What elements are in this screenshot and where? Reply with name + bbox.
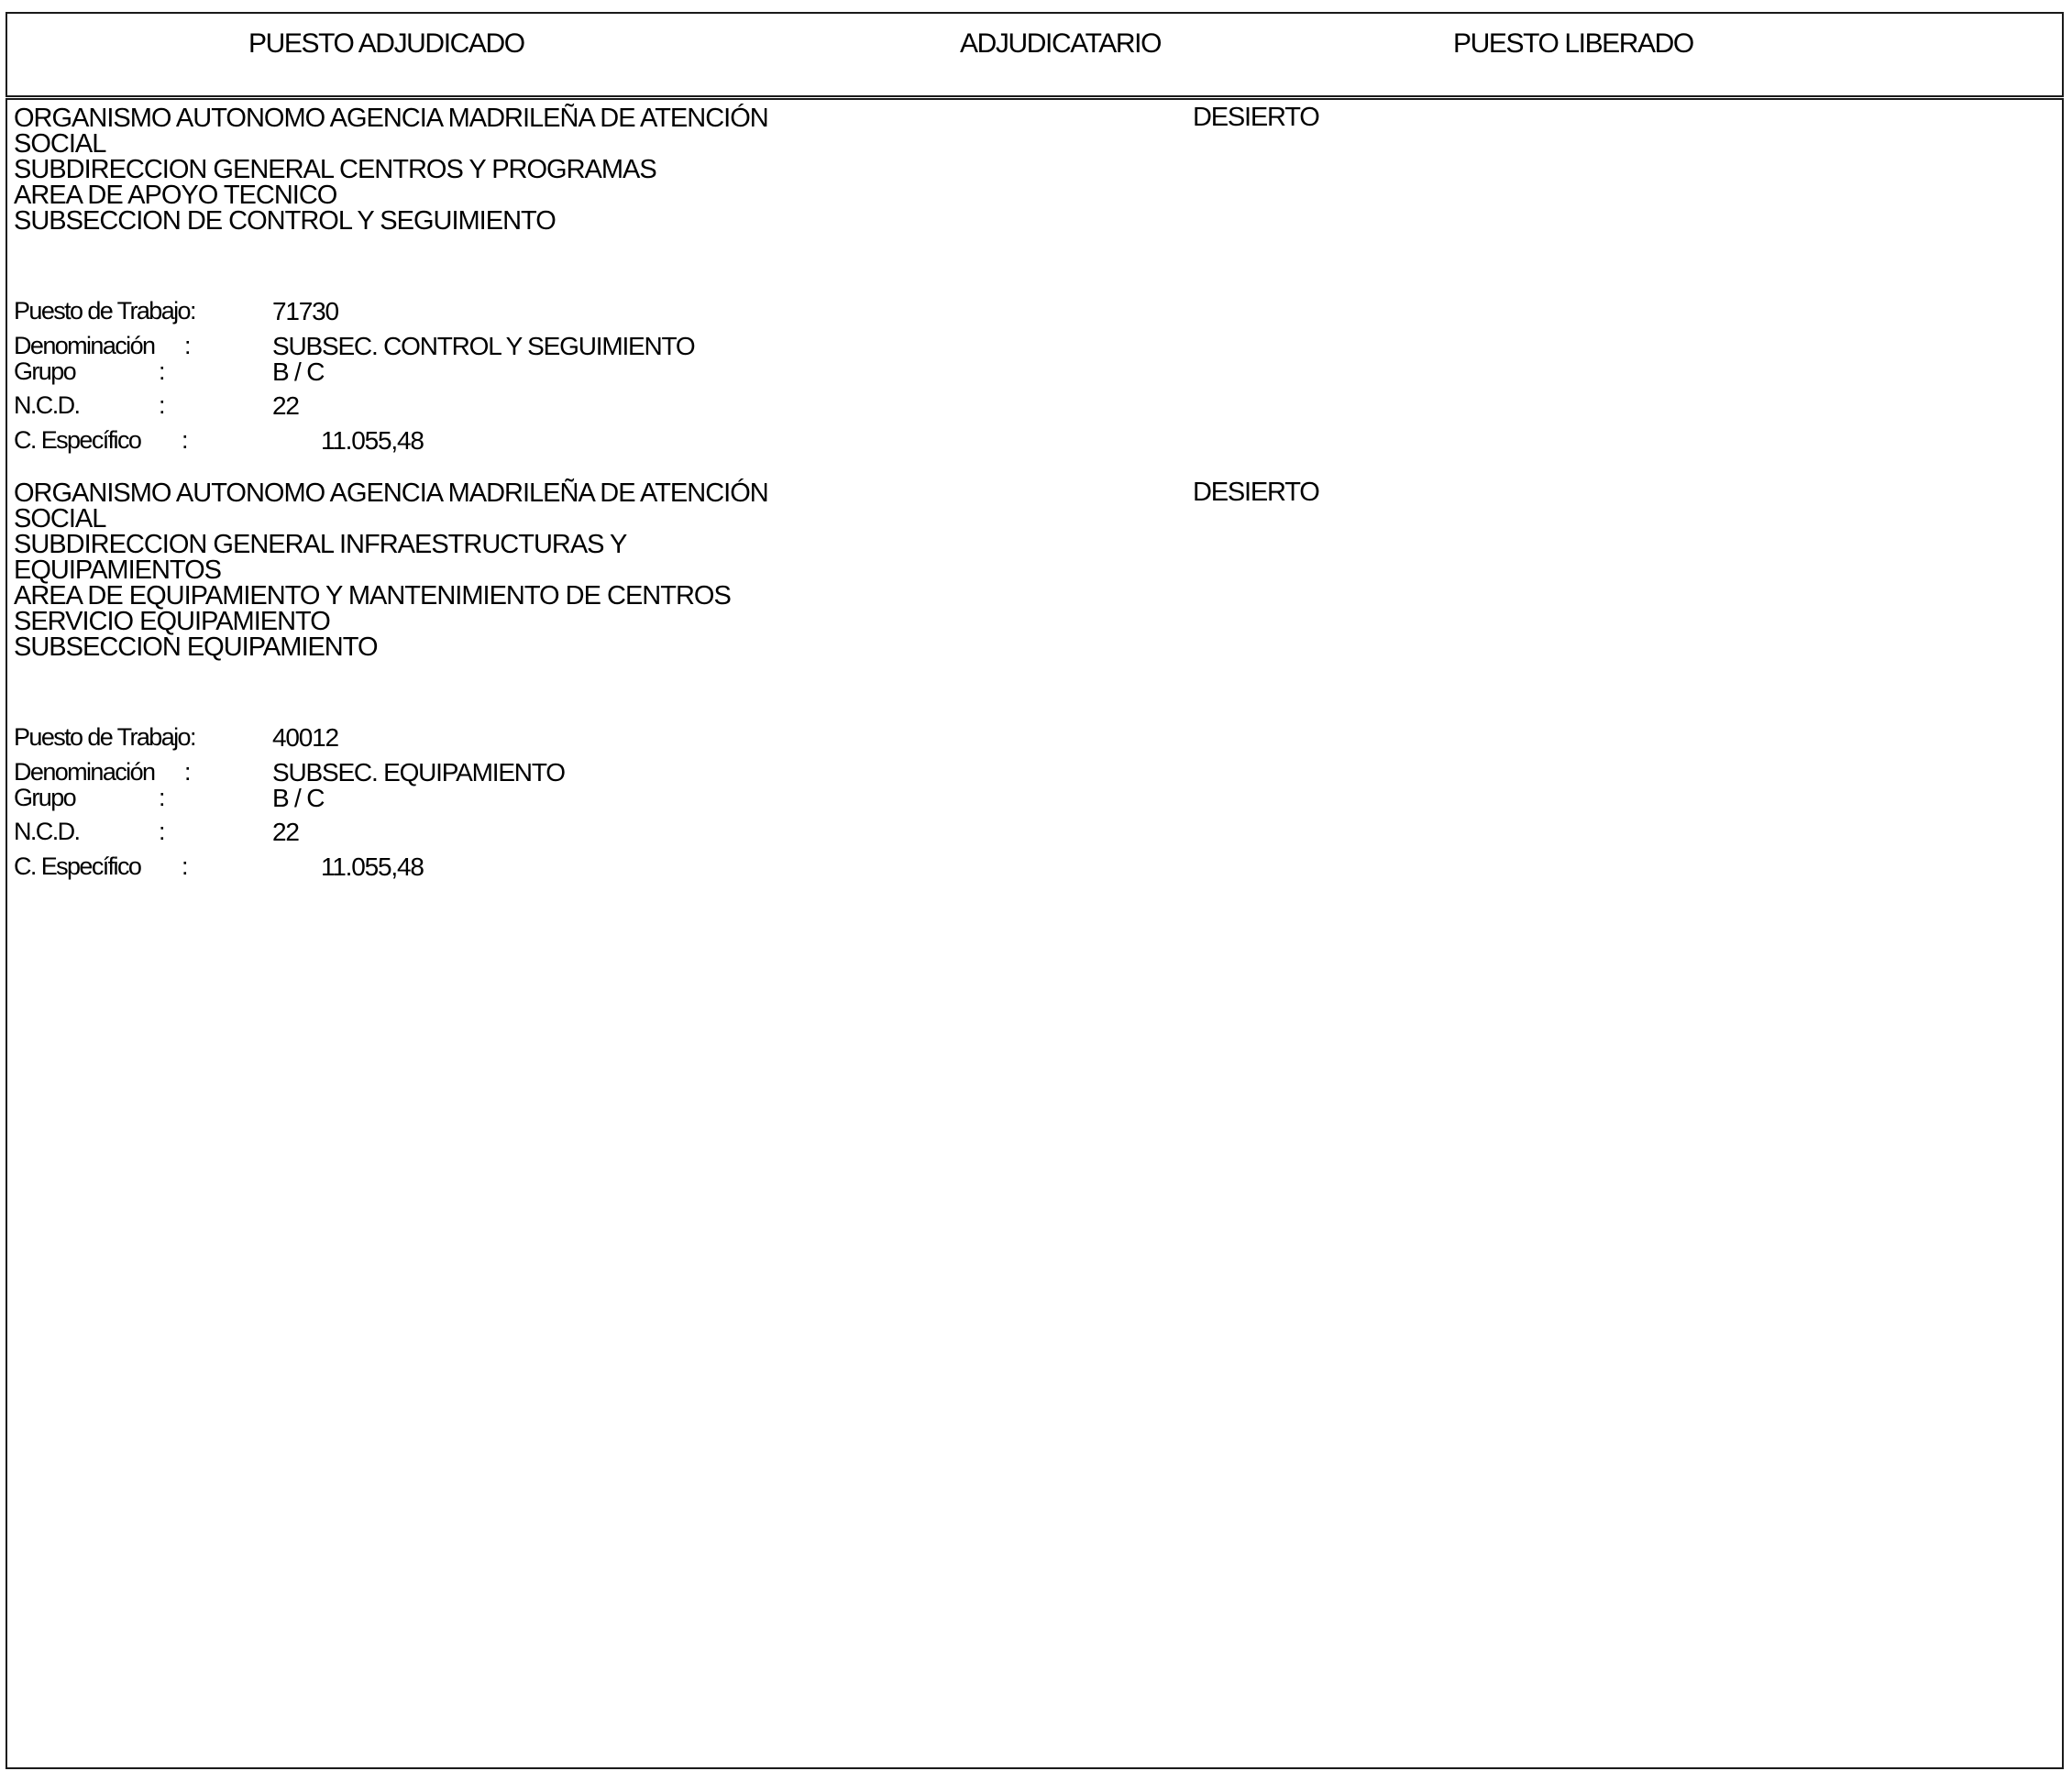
organization-line: SUBSECCION DE CONTROL Y SEGUIMIENTO	[14, 208, 556, 234]
organization-line: AREA DE EQUIPAMIENTO Y MANTENIMIENTO DE …	[14, 583, 731, 609]
column-header-puesto-liberado: PUESTO LIBERADO	[1453, 30, 1693, 58]
adjudicatario-value: DESIERTO	[1193, 479, 1319, 506]
puesto-value: 71730	[272, 299, 338, 324]
puesto-value: 40012	[272, 725, 338, 751]
denominacion-colon: :	[184, 760, 190, 785]
grupo-label: Grupo	[14, 359, 75, 384]
ncd-value: 22	[272, 819, 299, 845]
organization-line: SUBDIRECCION GENERAL CENTROS Y PROGRAMAS	[14, 157, 656, 182]
organization-line: EQUIPAMIENTOS	[14, 557, 221, 583]
grupo-value: B / C	[272, 786, 324, 811]
puesto-label: Puesto de Trabajo:	[14, 299, 195, 324]
organization-line: ORGANISMO AUTONOMO AGENCIA MADRILEÑA DE …	[14, 105, 768, 131]
especifico-label: C. Específico	[14, 428, 140, 453]
organization-line: AREA DE APOYO TECNICO	[14, 182, 336, 208]
denominacion-label: Denominación	[14, 334, 154, 358]
ncd-colon: :	[159, 393, 164, 418]
grupo-label: Grupo	[14, 786, 75, 810]
organization-line: SOCIAL	[14, 506, 105, 532]
puesto-label: Puesto de Trabajo:	[14, 725, 195, 750]
column-header-adjudicatario: ADJUDICATARIO	[960, 30, 1161, 58]
denominacion-value: SUBSEC. CONTROL Y SEGUIMIENTO	[272, 334, 695, 359]
ncd-colon: :	[159, 819, 164, 844]
especifico-value: 11.055,48	[321, 854, 424, 880]
organization-line: SOCIAL	[14, 131, 105, 157]
grupo-value: B / C	[272, 359, 324, 385]
especifico-label: C. Específico	[14, 854, 140, 879]
organization-line: SUBDIRECCION GENERAL INFRAESTRUCTURAS Y	[14, 532, 626, 557]
ncd-label: N.C.D.	[14, 393, 79, 418]
ncd-value: 22	[272, 393, 299, 419]
denominacion-value: SUBSEC. EQUIPAMIENTO	[272, 760, 565, 786]
organization-line: ORGANISMO AUTONOMO AGENCIA MADRILEÑA DE …	[14, 480, 768, 506]
especifico-value: 11.055,48	[321, 428, 424, 454]
organization-line: SERVICIO EQUIPAMIENTO	[14, 609, 330, 634]
adjudicatario-value: DESIERTO	[1193, 104, 1319, 131]
especifico-colon: :	[182, 428, 187, 453]
grupo-colon: :	[159, 359, 164, 384]
denominacion-colon: :	[184, 334, 190, 358]
column-header-puesto-adjudicado: PUESTO ADJUDICADO	[248, 30, 524, 58]
grupo-colon: :	[159, 786, 164, 810]
denominacion-label: Denominación	[14, 760, 154, 785]
especifico-colon: :	[182, 854, 187, 879]
ncd-label: N.C.D.	[14, 819, 79, 844]
organization-line: SUBSECCION EQUIPAMIENTO	[14, 634, 378, 660]
